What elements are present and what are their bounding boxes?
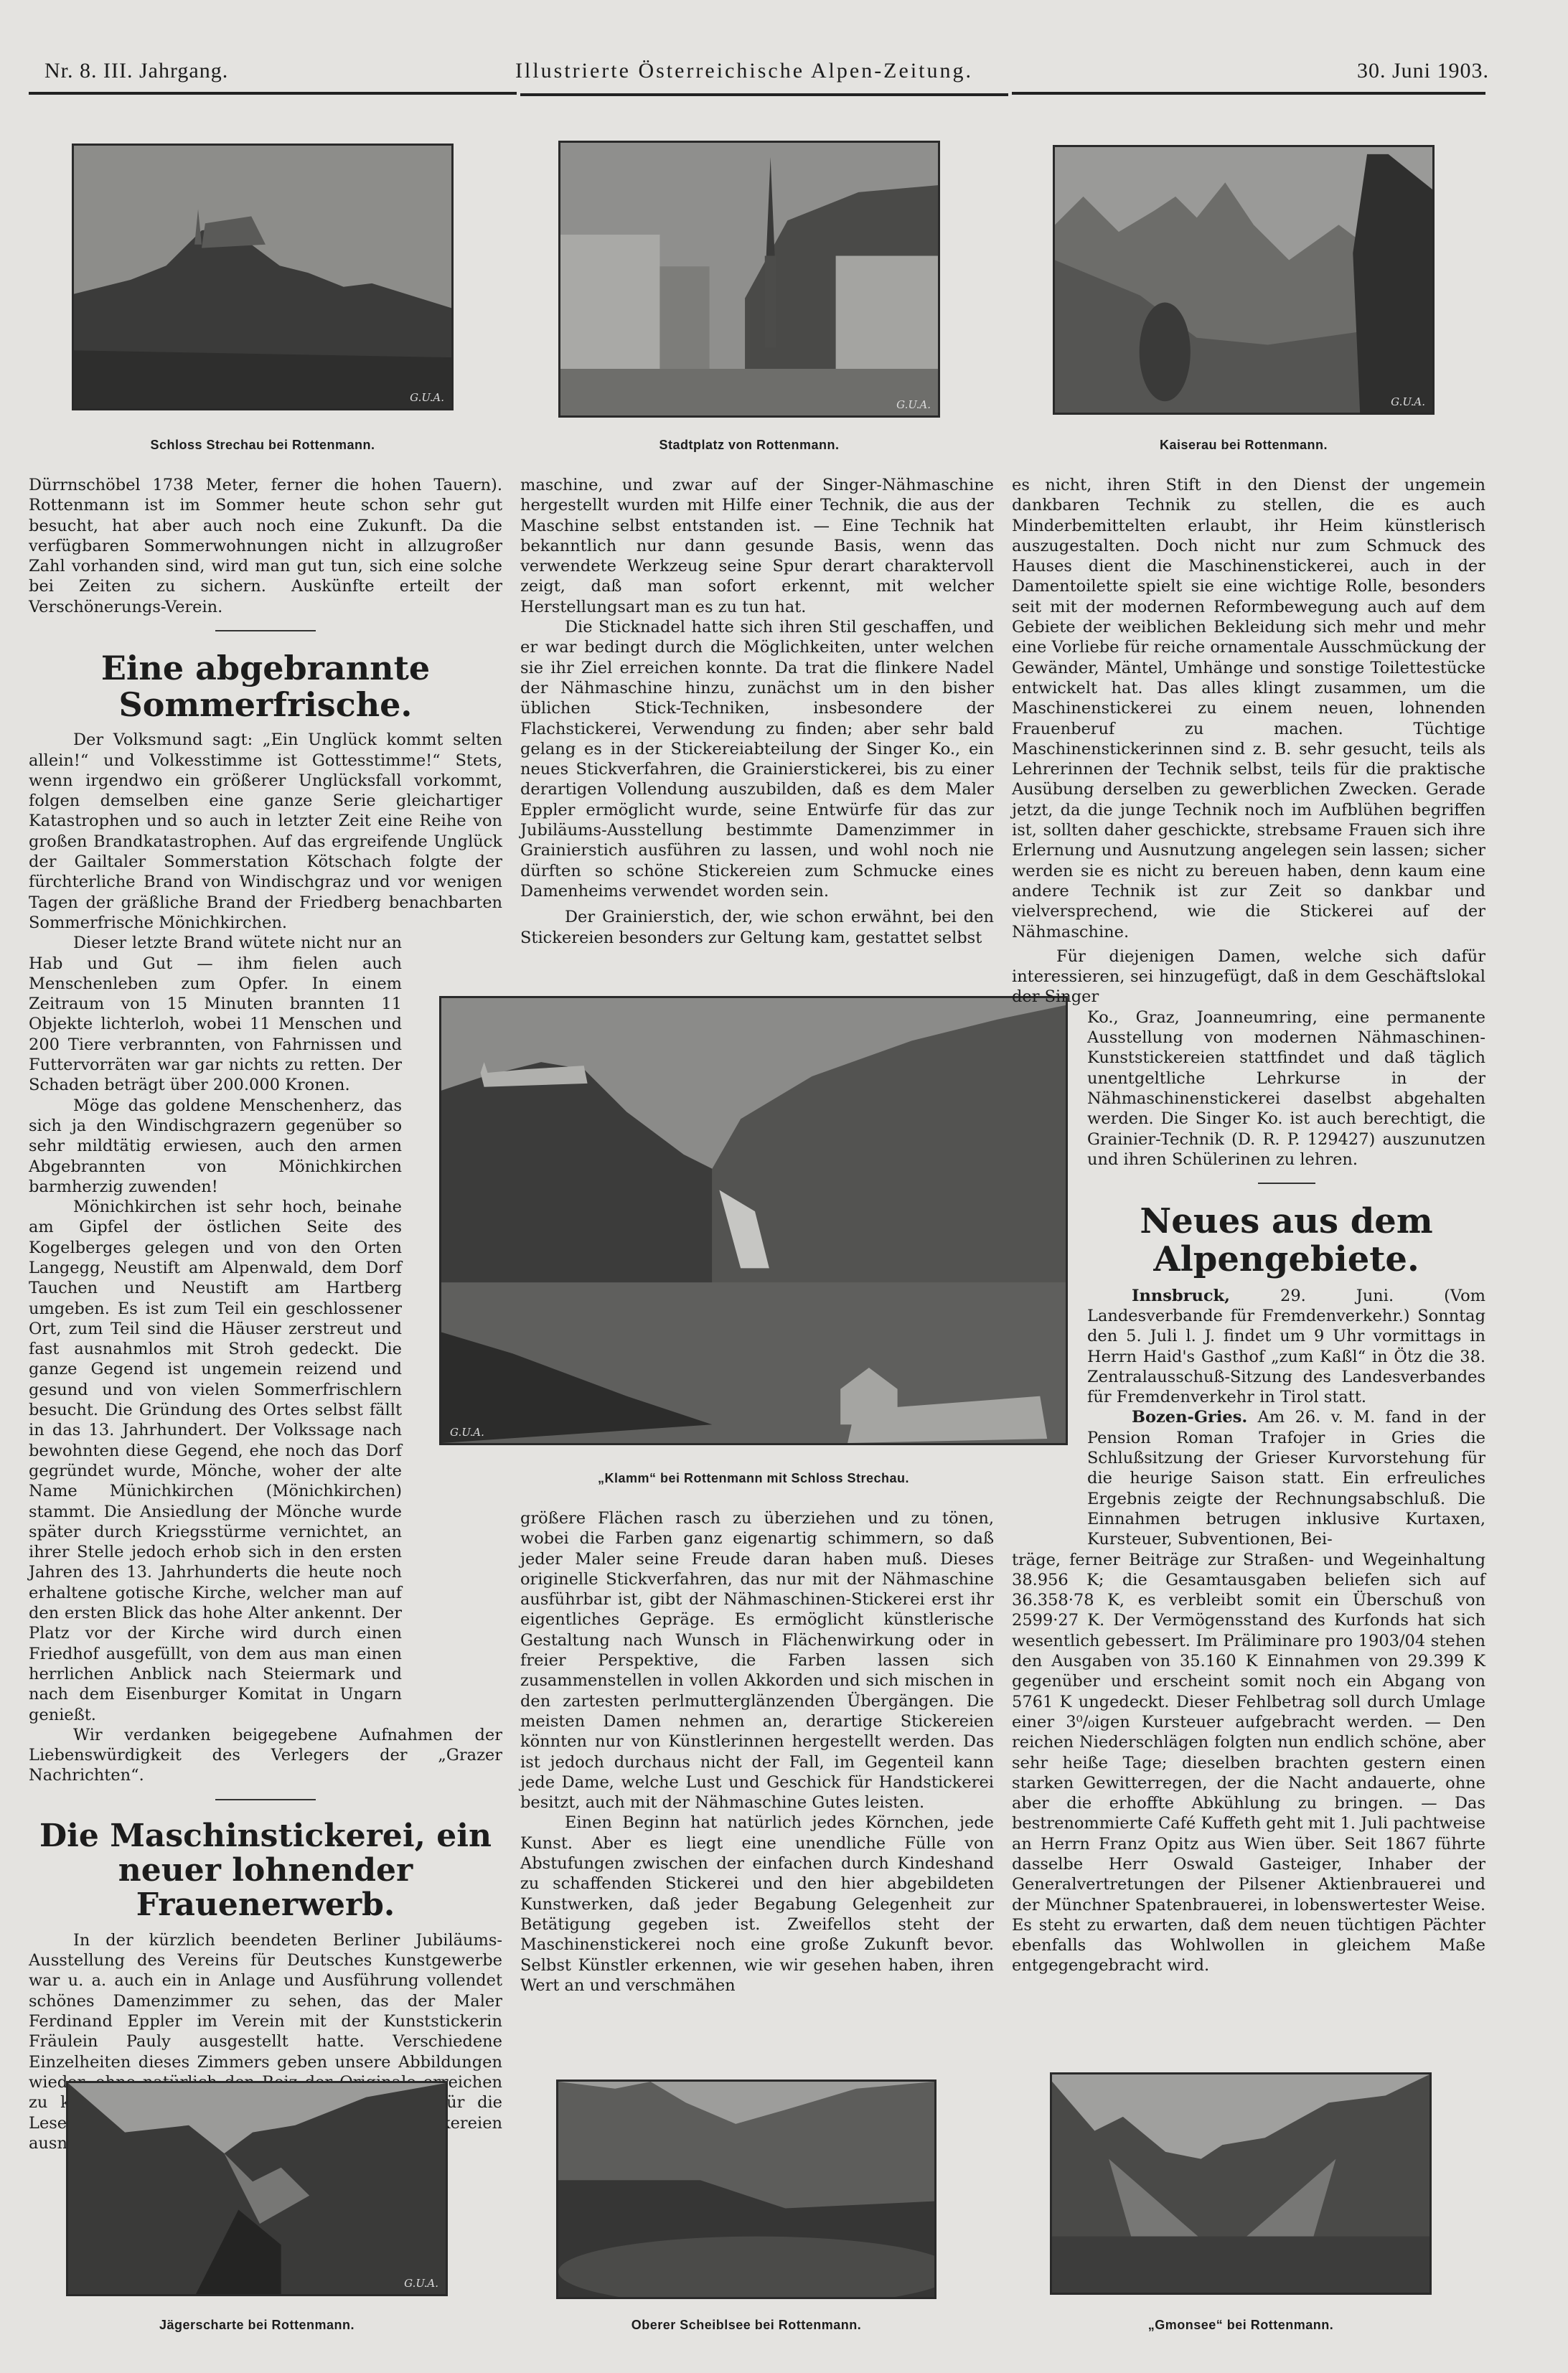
- header-rule-left: [29, 92, 517, 95]
- issue-date: 30. Juni 1903.: [1357, 59, 1489, 83]
- column-2-top: maschine, und zwar auf der Singer-Nähmas…: [520, 475, 994, 948]
- news-place: Innsbruck,: [1132, 1287, 1230, 1305]
- photo-signature: G.U.A.: [450, 1426, 484, 1439]
- caption-jaegerscharte: Jägerscharte bei Rottenmann.: [66, 2318, 448, 2333]
- photo-signature: G.U.A.: [410, 391, 444, 404]
- paragraph: Die Sticknadel hatte sich ihren Stil ges…: [520, 617, 994, 901]
- paragraph: träge, ferner Beiträge zur Straßen- und …: [1012, 1550, 1485, 1976]
- photo-signature: G.U.A.: [1391, 395, 1425, 408]
- caption-kaiserau: Kaiserau bei Rottenmann.: [1053, 438, 1435, 453]
- separator: [215, 1799, 316, 1800]
- column-3: es nicht, ihren Stift in den Dienst der …: [1012, 475, 1485, 1976]
- paragraph: Der Grainierstich, der, wie schon erwähn…: [520, 907, 994, 948]
- news-place: Bozen-Gries.: [1132, 1408, 1247, 1427]
- photo-scheiblsee: [556, 2080, 936, 2299]
- headline-maschinstickerei: Die Maschinstickerei, ein neuer lohnende…: [29, 1819, 502, 1923]
- photo-gmonsee: [1050, 2072, 1432, 2295]
- caption-klamm: „Klamm“ bei Rottenmann mit Schloss Strec…: [439, 1471, 1068, 1486]
- photo-schloss-strechau: G.U.A.: [72, 144, 454, 410]
- photo-kaiserau: G.U.A.: [1053, 145, 1435, 415]
- news-item-bozen: Bozen-Gries. Am 26. v. M. fand in der Pe…: [1087, 1407, 1485, 1549]
- paragraph: Ko., Graz, Joanneumring, eine permanente…: [1087, 1007, 1485, 1170]
- paragraph: Mönichkirchen ist sehr hoch, beinahe am …: [29, 1197, 402, 1725]
- photo-stadtplatz: G.U.A.: [558, 141, 940, 418]
- separator: [215, 630, 316, 631]
- paragraph: Dieser letzte Brand wütete nicht nur an …: [29, 933, 402, 1095]
- paragraph: größere Flächen rasch zu überziehen und …: [520, 1508, 994, 1813]
- header-rule-center: [520, 93, 1008, 96]
- paragraph: maschine, und zwar auf der Singer-Nähmas…: [520, 475, 994, 617]
- newspaper-title: Illustrierte Österreichische Alpen-Zeitu…: [515, 59, 973, 83]
- separator: [1258, 1183, 1315, 1184]
- caption-scheiblsee: Oberer Scheiblsee bei Rottenmann.: [556, 2318, 936, 2333]
- photo-klamm: G.U.A.: [439, 996, 1068, 1445]
- news-text: Am 26. v. M. fand in der Pension Roman T…: [1087, 1408, 1485, 1549]
- headline-sommerfrische: Eine abgebrannte Sommerfrische.: [29, 650, 502, 723]
- photo-signature: G.U.A.: [404, 2277, 438, 2290]
- caption-stadtplatz: Stadtplatz von Rottenmann.: [558, 438, 940, 453]
- caption-schloss-strechau: Schloss Strechau bei Rottenmann.: [72, 438, 454, 453]
- paragraph: Der Volksmund sagt: „Ein Unglück kommt s…: [29, 730, 502, 933]
- photo-jaegerscharte: G.U.A.: [66, 2081, 448, 2296]
- news-item-innsbruck: Innsbruck, 29. Juni. (Vom Landesverbande…: [1087, 1286, 1485, 1408]
- paragraph: Möge das goldene Menschenherz, das sich …: [29, 1096, 402, 1197]
- paragraph: Für diejenigen Damen, welche sich dafür …: [1012, 946, 1485, 1007]
- paragraph: Wir verdanken beigegebene Aufnahmen der …: [29, 1725, 502, 1786]
- wrap-block: Ko., Graz, Joanneumring, eine permanente…: [1087, 1007, 1485, 1550]
- issue-number: Nr. 8. III. Jahrgang.: [44, 59, 228, 83]
- paragraph: Einen Beginn hat natürlich jedes Körnche…: [520, 1813, 994, 1996]
- caption-gmonsee: „Gmonsee“ bei Rottenmann.: [1050, 2318, 1432, 2333]
- header-rule-right: [1012, 92, 1485, 95]
- photo-signature: G.U.A.: [896, 398, 931, 411]
- column-1: Dürrnschöbel 1738 Meter, ferner die hohe…: [29, 475, 502, 2153]
- headline-alpengebiete: Neues aus dem Alpengebiete.: [1087, 1203, 1485, 1279]
- column-2-bottom: größere Flächen rasch zu überziehen und …: [520, 1508, 994, 1996]
- intro-paragraph: Dürrnschöbel 1738 Meter, ferner die hohe…: [29, 475, 502, 617]
- paragraph: es nicht, ihren Stift in den Dienst der …: [1012, 475, 1485, 942]
